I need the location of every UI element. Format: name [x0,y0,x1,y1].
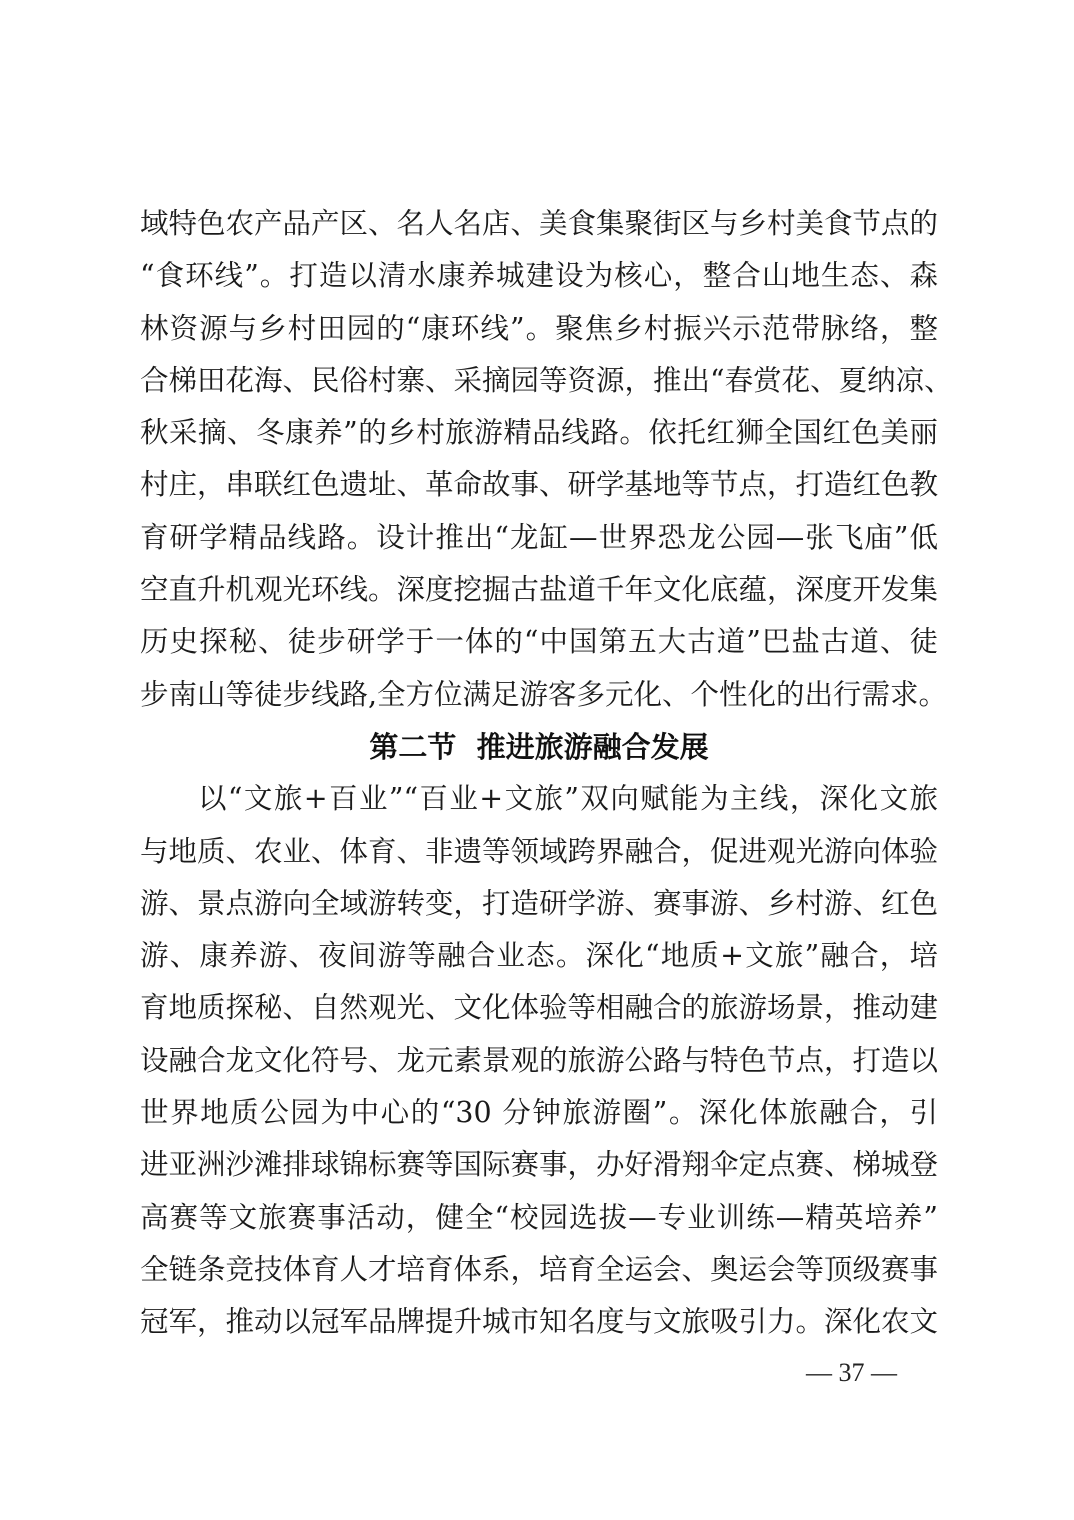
document-page: 域特色农产品产区、名人名店、美食集聚街区与乡村美食节点的 “食环线”。打造以清水… [140,198,938,1349]
paragraph-line: 育地质探秘、自然观光、文化体验等相融合的旅游场景，推动建 [140,982,938,1034]
paragraph-line: 冠军，推动以冠军品牌提升城市知名度与文旅吸引力。深化农文 [140,1296,938,1348]
paragraph-line: 游、康养游、夜间游等融合业态。深化“地质+文旅”融合，培 [140,930,938,982]
paragraph-line: 世界地质公园为中心的“30 分钟旅游圈”。深化体旅融合，引 [140,1087,938,1139]
paragraph-line: 空直升机观光环线。深度挖掘古盐道千年文化底蕴，深度开发集 [140,564,938,616]
paragraph-line: 以“文旅+百业”“百业+文旅”双向赋能为主线，深化文旅 [140,773,938,825]
paragraph-line: 林资源与乡村田园的“康环线”。聚焦乡村振兴示范带脉络，整 [140,303,938,355]
paragraph-line: 秋采摘、冬康养”的乡村旅游精品线路。依托红狮全国红色美丽 [140,407,938,459]
paragraph-line: 育研学精品线路。设计推出“龙缸—世界恐龙公园—张飞庙”低 [140,512,938,564]
paragraph-line: 合梯田花海、民俗村寨、采摘园等资源，推出“春赏花、夏纳凉、 [140,355,938,407]
paragraph-line: 与地质、农业、体育、非遗等领域跨界融合，促进观光游向体验 [140,826,938,878]
paragraph-line: 设融合龙文化符号、龙元素景观的旅游公路与特色节点，打造以 [140,1035,938,1087]
page-number: — 37 — [806,1358,897,1388]
paragraph-line: 域特色农产品产区、名人名店、美食集聚街区与乡村美食节点的 [140,198,938,250]
paragraph-line: 游、景点游向全域游转变，打造研学游、赛事游、乡村游、红色 [140,878,938,930]
paragraph-line: “食环线”。打造以清水康养城建设为核心，整合山地生态、森 [140,250,938,302]
paragraph-line: 高赛等文旅赛事活动，健全“校园选拔—专业训练—精英培养” [140,1192,938,1244]
section-heading: 第二节 推进旅游融合发展 [140,721,938,773]
paragraph-line: 全链条竞技体育人才培育体系，培育全运会、奥运会等顶级赛事 [140,1244,938,1296]
paragraph-line: 进亚洲沙滩排球锦标赛等国际赛事，办好滑翔伞定点赛、梯城登 [140,1139,938,1191]
paragraph-line: 步南山等徒步线路,全方位满足游客多元化、个性化的出行需求。 [140,669,938,721]
paragraph-line: 村庄，串联红色遗址、革命故事、研学基地等节点，打造红色教 [140,459,938,511]
paragraph-line: 历史探秘、徒步研学于一体的“中国第五大古道”巴盐古道、徒 [140,616,938,668]
